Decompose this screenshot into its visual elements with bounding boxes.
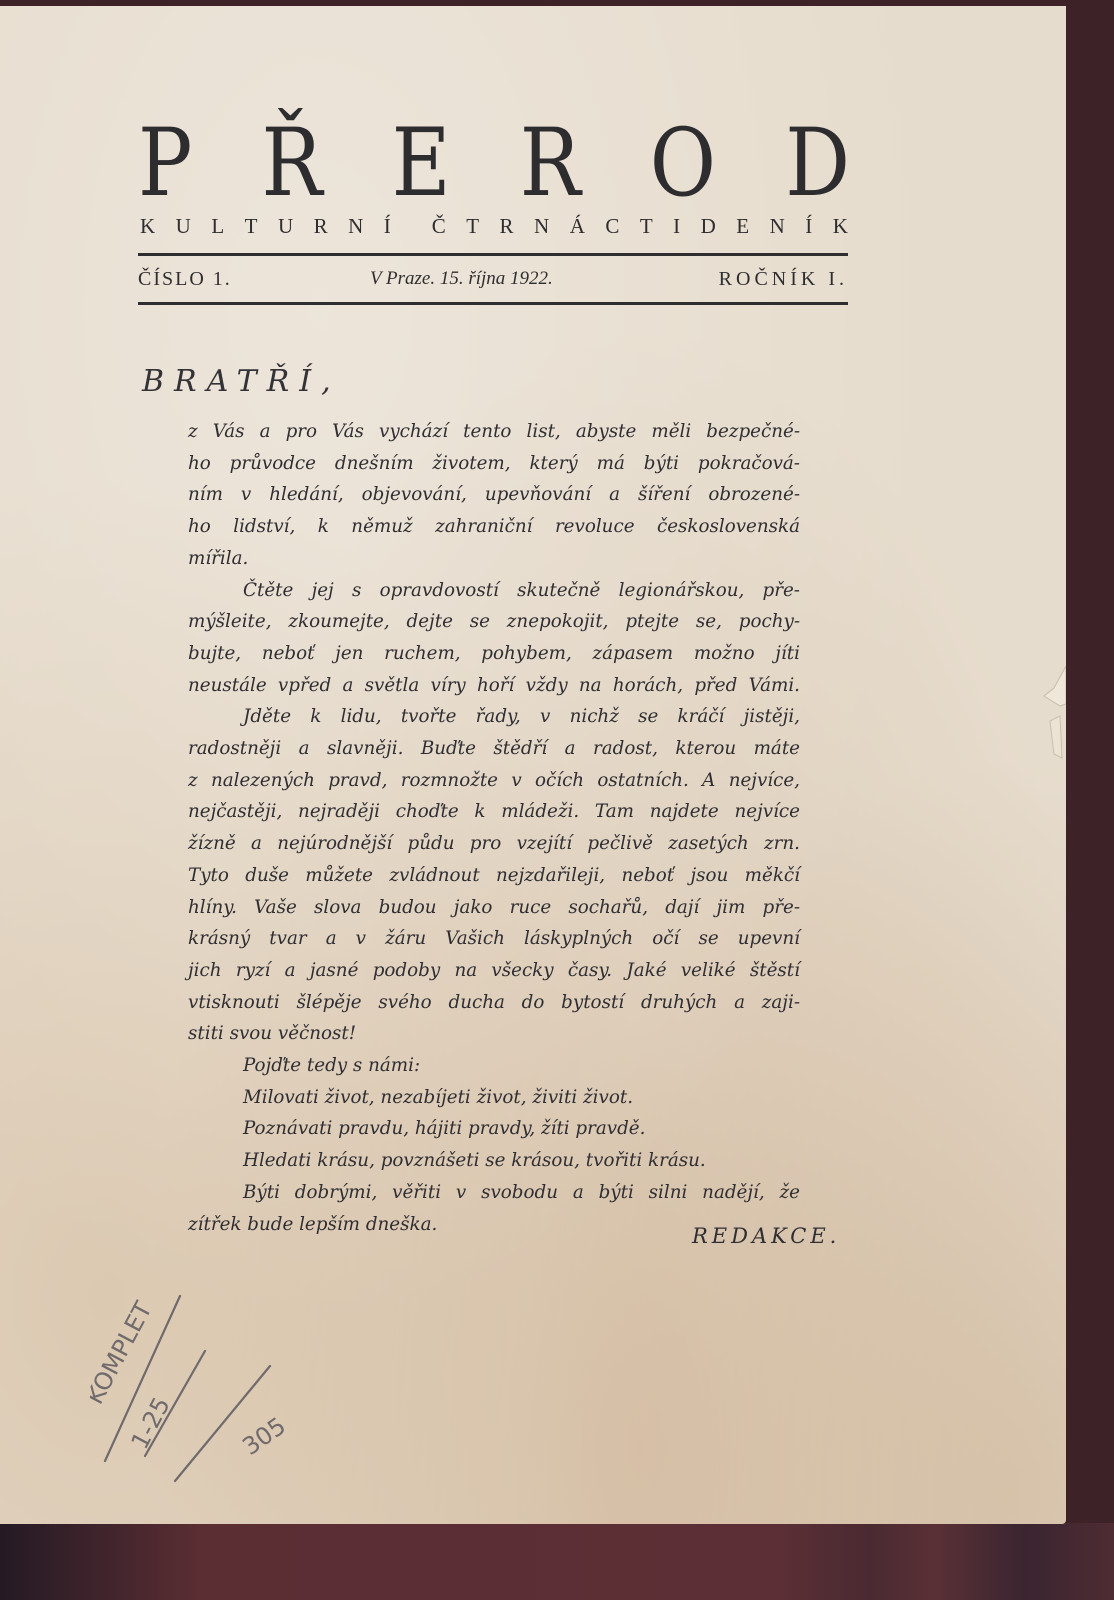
text-line: z nalezených pravd, rozmnožte v očích os… (188, 765, 800, 797)
svg-text:KOMPLET: KOMPLET (90, 1297, 158, 1409)
text-line: neustále vpřed a světla víry hoří vždy n… (188, 670, 800, 702)
letter-body: z Vás a pro Vás vychází tento list, abys… (188, 416, 800, 1240)
text-line: stiti svou věčnost! (188, 1018, 800, 1050)
subtitle-letter: N (348, 214, 363, 239)
text-line: nejčastěji, nejraději choďte k mládeži. … (188, 796, 800, 828)
newspaper-page: P Ř E R O D K U L T U R N Í Č T R N Á C … (0, 6, 1066, 1524)
issue-date: V Praze. 15. října 1922. (370, 268, 553, 290)
subtitle-letter: E (736, 214, 749, 239)
text-line: z Vás a pro Vás vychází tento list, abys… (188, 416, 800, 448)
subtitle-letter: C (605, 214, 619, 239)
title-letter: D (785, 114, 850, 214)
svg-text:305: 305 (237, 1412, 291, 1461)
text-line: Milovati život, nezabíjeti život, živiti… (188, 1082, 800, 1114)
text-line: vtisknouti šlépěje svého ducha do bytost… (188, 987, 800, 1019)
title-letter: R (520, 114, 581, 214)
subtitle-letter: Á (570, 214, 585, 239)
subtitle-letter: T (640, 214, 653, 239)
text-line: jich ryzí a jasné podoby na všecky časy.… (188, 955, 800, 987)
subtitle-letter: Č (432, 214, 446, 239)
text-line: radostněji a slavněji. Buďte štědří a ra… (188, 733, 800, 765)
masthead-rule-bottom (138, 302, 848, 305)
masthead-subtitle: K U L T U R N Í Č T R N Á C T I D E N Í … (140, 214, 848, 239)
text-line: ho lidství, k němuž zahraniční revoluce … (188, 511, 800, 543)
subtitle-letter: R (314, 214, 328, 239)
torn-edge (1040, 666, 1066, 766)
text-line: Tyto duše můžete zvládnout nejzdařileji,… (188, 860, 800, 892)
text-line: Býti dobrými, věřiti v svobodu a býti si… (188, 1177, 800, 1209)
masthead-rule-top (138, 253, 848, 256)
title-letter: O (650, 114, 716, 214)
subtitle-letter: K (140, 214, 155, 239)
issue-number: ČÍSLO 1. (138, 268, 232, 291)
handwriting-icon: KOMPLET 1-25 305 (90, 1256, 350, 1486)
text-line: ním v hledání, objevování, upevňování a … (188, 479, 800, 511)
text-line: žízně a nejúrodnější půdu pro vzejítí pe… (188, 828, 800, 860)
text-line: bujte, neboť jen ruchem, pohybem, zápase… (188, 638, 800, 670)
subtitle-letter: T (466, 214, 479, 239)
subtitle-letter: T (245, 214, 258, 239)
text-line: ho průvodce dnešním životem, který má bý… (188, 448, 800, 480)
title-letter: Ř (262, 114, 323, 214)
scan-background (0, 1523, 1114, 1600)
text-line: krásný tvar a v žáru Vašich láskyplných … (188, 923, 800, 955)
subtitle-letter: K (833, 214, 848, 239)
text-line: mířila. (188, 543, 800, 575)
subtitle-letter: L (211, 214, 224, 239)
subtitle-letter: Í (805, 214, 812, 239)
subtitle-letter: N (770, 214, 785, 239)
title-letter: E (392, 114, 451, 214)
text-line: Pojďte tedy s námi: (188, 1050, 800, 1082)
pencil-annotation: KOMPLET 1-25 305 (90, 1256, 350, 1486)
text-line: hlíny. Vaše slova budou jako ruce sochař… (188, 892, 800, 924)
text-line: Hledati krásu, povznášeti se krásou, tvo… (188, 1145, 800, 1177)
letter-signature: REDAKCE. (692, 1224, 840, 1248)
subtitle-letter: Í (384, 214, 391, 239)
text-line: mýšleite, zkoumejte, dejte se znepokojit… (188, 606, 800, 638)
title-letter: P (138, 114, 192, 214)
masthead-title: P Ř E R O D (138, 114, 850, 214)
text-line: Čtěte jej s opravdovostí skutečně legion… (188, 575, 800, 607)
subtitle-letter: U (278, 214, 293, 239)
subtitle-letter: U (176, 214, 191, 239)
text-line: Jděte k lidu, tvořte řady, v nichž se kr… (188, 701, 800, 733)
subtitle-letter: N (534, 214, 549, 239)
volume-number: ROČNÍK I. (719, 268, 848, 291)
text-line: Poznávati pravdu, hájiti pravdy, žíti pr… (188, 1113, 800, 1145)
subtitle-letter: D (701, 214, 716, 239)
subtitle-letter: I (673, 214, 680, 239)
letter-salutation: BRATŘÍ, (142, 364, 341, 399)
subtitle-letter: R (500, 214, 514, 239)
